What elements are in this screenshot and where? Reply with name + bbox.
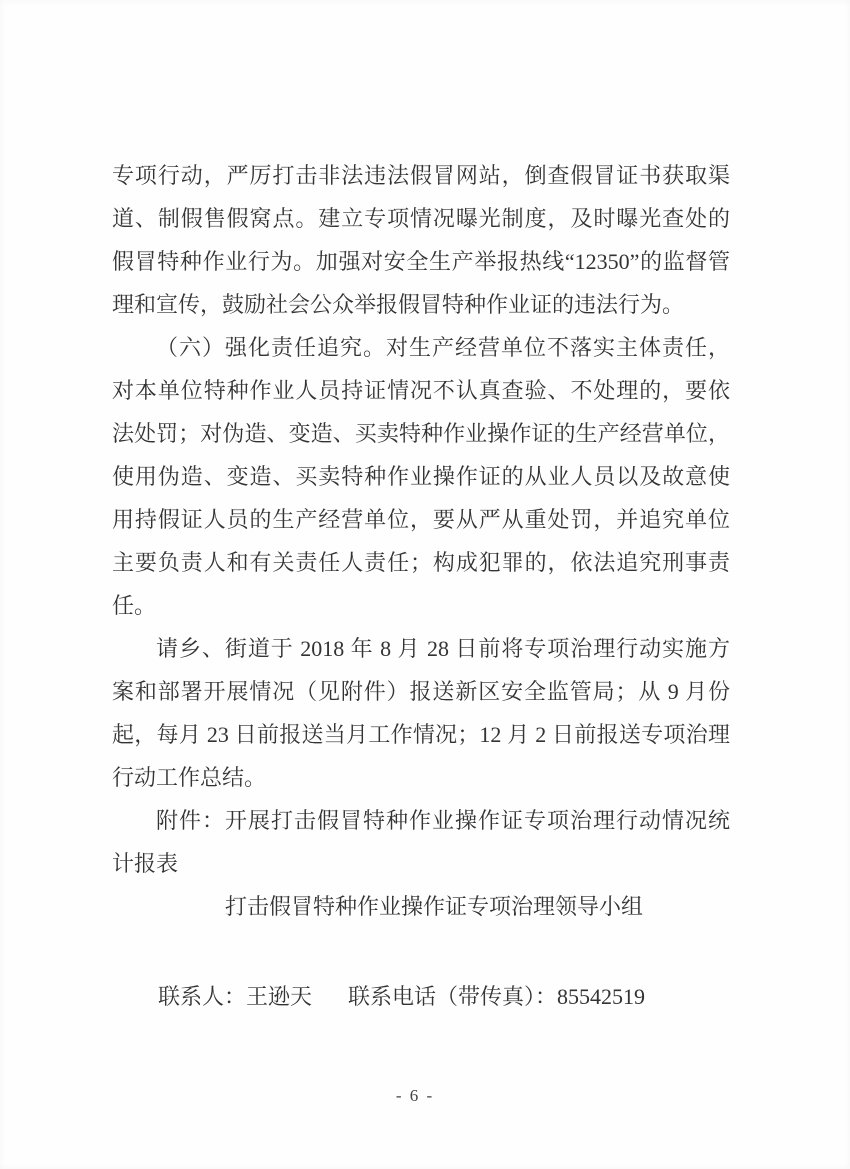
contact-line: 联系人：王逊天 联系电话（带传真）：85542519 <box>158 975 645 1018</box>
page-number: - 6 - <box>0 1086 840 1106</box>
text-line: 假冒特种作业行为。加强对安全生产举报热线“12350”的监督管 <box>112 240 730 283</box>
text-line: 附件：开展打击假冒特种作业操作证专项治理行动情况统 <box>112 799 730 842</box>
contact-phone: 联系电话（带传真）：85542519 <box>348 975 645 1018</box>
text-line: 计报表 <box>112 842 730 885</box>
text-line: 行动工作总结。 <box>112 756 730 799</box>
signing-organization: 打击假冒特种作业操作证专项治理领导小组 <box>225 885 643 928</box>
contact-person: 联系人：王逊天 <box>158 975 312 1018</box>
text-line: 道、制假售假窝点。建立专项情况曝光制度，及时曝光查处的 <box>112 197 730 240</box>
text-line: 专项行动，严厉打击非法违法假冒网站，倒查假冒证书获取渠 <box>112 154 730 197</box>
text-line: 用持假证人员的生产经营单位，要从严从重处罚，并追究单位 <box>112 498 730 541</box>
document-body: 专项行动，严厉打击非法违法假冒网站，倒查假冒证书获取渠道、制假售假窝点。建立专项… <box>112 154 730 885</box>
document-page: 专项行动，严厉打击非法违法假冒网站，倒查假冒证书获取渠道、制假售假窝点。建立专项… <box>0 0 850 1169</box>
text-line: 理和宣传，鼓励社会公众举报假冒特种作业证的违法行为。 <box>112 283 730 326</box>
text-line: 法处罚；对伪造、变造、买卖特种作业操作证的生产经营单位， <box>112 412 730 455</box>
text-line: 起，每月 23 日前报送当月工作情况；12 月 2 日前报送专项治理 <box>112 713 730 756</box>
text-line: （六）强化责任追究。对生产经营单位不落实主体责任， <box>112 326 730 369</box>
text-line: 请乡、街道于 2018 年 8 月 28 日前将专项治理行动实施方 <box>112 627 730 670</box>
text-line: 使用伪造、变造、买卖特种作业操作证的从业人员以及故意使 <box>112 455 730 498</box>
text-line: 任。 <box>112 584 730 627</box>
text-line: 案和部署开展情况（见附件）报送新区安全监管局；从 9 月份 <box>112 670 730 713</box>
text-line: 主要负责人和有关责任人责任；构成犯罪的，依法追究刑事责 <box>112 541 730 584</box>
text-line: 对本单位特种作业人员持证情况不认真查验、不处理的，要依 <box>112 369 730 412</box>
